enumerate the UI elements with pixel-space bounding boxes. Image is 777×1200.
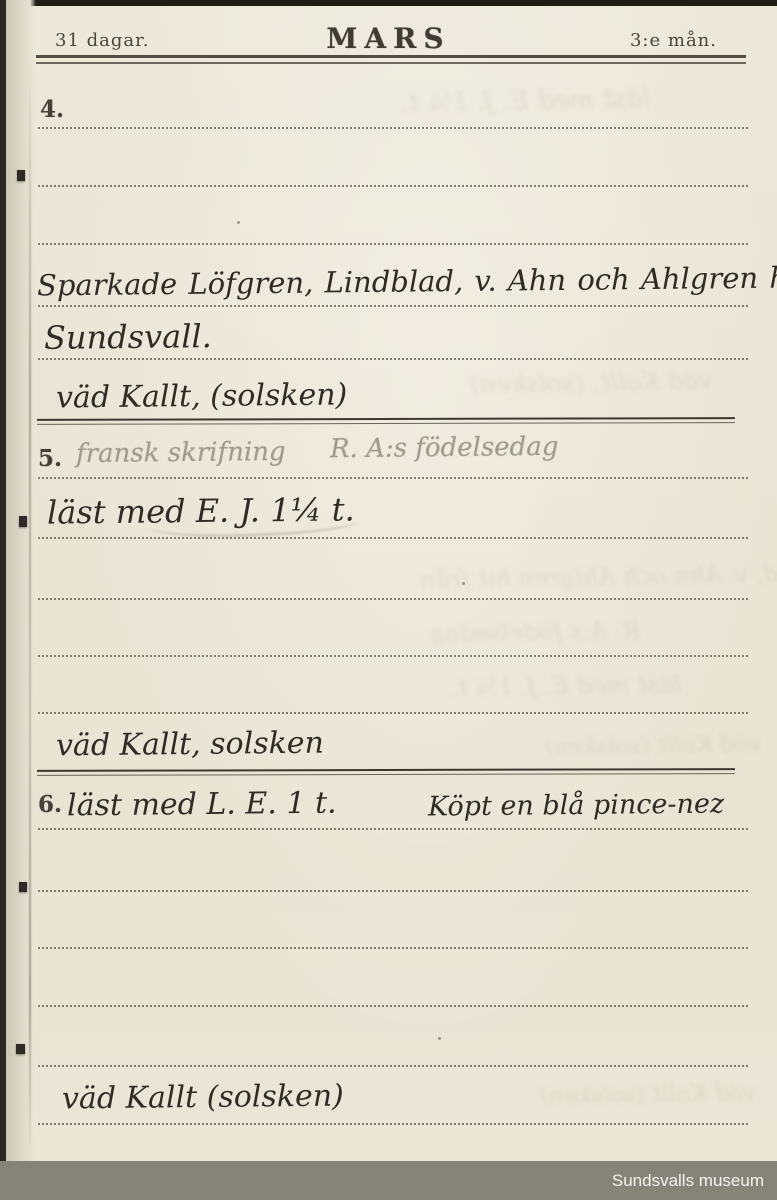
ruled-line — [38, 243, 748, 245]
handwritten-weather-day5: väd Kallt, solsken — [56, 726, 324, 764]
bleed-through-text: läst med E. J. 1¼ t. — [400, 84, 650, 118]
day-number-5: 5. — [38, 445, 62, 472]
handwritten-weather-day6: väd Kallt (solsken) — [62, 1079, 344, 1117]
bleed-through-text: R. A:s födelsedag — [430, 616, 641, 648]
handwritten-entry-day6-line1: läst med L. E. 1 t. — [67, 786, 337, 824]
ruled-line — [38, 1005, 748, 1007]
binding-stitch — [16, 1044, 25, 1054]
museum-credit: Sundsvalls museum — [612, 1161, 764, 1200]
diary-page-scan: 31 dagar. MARS 3:e mån. läst med E. J. 1… — [0, 0, 777, 1200]
ruled-line — [38, 1065, 748, 1067]
binding-stitch — [17, 170, 25, 181]
ruled-line — [38, 598, 748, 600]
header-double-rule — [36, 55, 746, 64]
credit-bar: Sundsvalls museum — [0, 1161, 777, 1200]
ruled-line — [38, 537, 748, 539]
day-separator-rule — [37, 417, 735, 425]
scan-top-border — [0, 0, 777, 6]
bleed-through-text: väd Kallt, (solsken) — [470, 366, 713, 399]
ruled-line — [38, 947, 748, 949]
handwritten-note-day6: Köpt en blå pince-nez — [428, 788, 724, 822]
ruled-line — [38, 358, 748, 360]
ruled-line — [38, 477, 748, 479]
ruled-line — [38, 127, 748, 129]
handwritten-entry-day4-line2: Sundsvall. — [44, 317, 212, 357]
day-separator-rule — [37, 768, 735, 776]
handwritten-pencil-day5-right: R. A:s födelsedag — [330, 432, 559, 464]
ruled-line — [38, 828, 748, 830]
handwritten-weather-day4: väd Kallt, (solsken) — [56, 377, 348, 415]
bleed-through-text: väd Kallt (solsken) — [545, 731, 761, 761]
binding-stitch — [19, 882, 27, 892]
handwritten-pencil-day5-left: fransk skrifning — [76, 437, 286, 469]
binding-crease — [29, 60, 31, 1160]
binding-stitch — [19, 516, 27, 527]
ruled-line — [38, 185, 748, 187]
ruled-line — [38, 305, 748, 307]
paper-speck — [462, 582, 465, 585]
day-number-6: 6. — [38, 791, 62, 818]
header-month-ordinal: 3:e mån. — [630, 30, 717, 51]
ruled-line — [38, 712, 748, 714]
paper-speck — [237, 221, 240, 224]
ruled-line — [38, 655, 748, 657]
ruled-line — [38, 890, 748, 892]
day-number-4: 4. — [40, 96, 64, 123]
bleed-through-text: väd Kallt (solsken) — [540, 1080, 756, 1110]
handwritten-entry-day4-line1: Sparkade Löfgren, Lindblad, v. Ahn och A… — [37, 260, 777, 303]
bleed-through-text: läst med E. J. 1¼ t. — [450, 670, 681, 702]
paper-speck — [438, 1037, 441, 1040]
bleed-through-text: Sparkade Löfgren, Lindblad, v. Ahn och A… — [420, 554, 777, 594]
ruled-line — [38, 1123, 748, 1125]
